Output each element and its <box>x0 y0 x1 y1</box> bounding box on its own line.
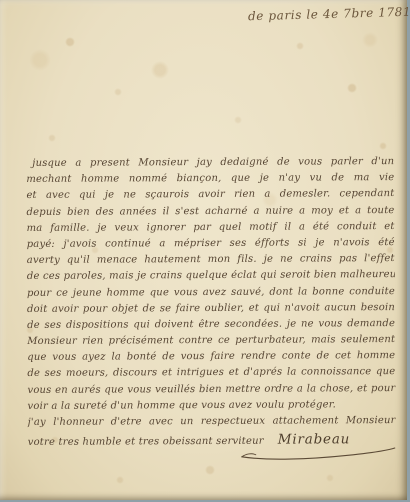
body-line: de ses dispositions qui doivent être sec… <box>27 318 395 336</box>
body-line: payé: j'avois continué a mépriser ses éf… <box>27 237 395 255</box>
body-line: mechant homme nommé biançon, que je n'ay… <box>26 172 394 190</box>
body-line: depuis bien des années il s'est acharné … <box>26 205 394 223</box>
body-line: pour ce jeune homme que vous avez sauvé,… <box>27 286 395 304</box>
signature-flourish-icon <box>238 443 398 462</box>
body-line: de ces paroles, mais je crains quelque é… <box>27 269 395 287</box>
body-line: jusque a present Monsieur jay dedaigné d… <box>26 156 394 174</box>
body-line: averty qu'il menace hautement mon fils. … <box>27 253 395 271</box>
body-line: voir a la sureté d'un homme que vous ave… <box>28 399 396 417</box>
body-line: j'ay l'honneur d'etre avec un respectueu… <box>28 415 396 433</box>
signature-block: Mirabeau <box>278 431 396 448</box>
body-line: que vous ayez la bonté de vous faire ren… <box>27 350 395 368</box>
closing-line: votre tres humble et tres obeissant serv… <box>28 431 396 451</box>
letter-scan: de paris le 4e 7bre 1781 jusque a presen… <box>0 0 410 502</box>
body-line: doit avoir pour objet de se faire oublie… <box>27 302 395 320</box>
body-line: ma famille. je veux ignorer par quel mot… <box>27 221 395 239</box>
body-line: de ses moeurs, discours et intrigues et … <box>27 366 395 384</box>
body-line: et avec qui je ne sçaurois avoir rien a … <box>26 188 394 206</box>
body-line: vous en aurés que vous veuillés bien met… <box>27 383 395 401</box>
closing-text: votre tres humble et tres obeissant serv… <box>28 436 264 448</box>
body-line: Monsieur rien précisément contre ce pert… <box>27 334 395 352</box>
letter-body: jusque a present Monsieur jay dedaigné d… <box>26 156 396 451</box>
